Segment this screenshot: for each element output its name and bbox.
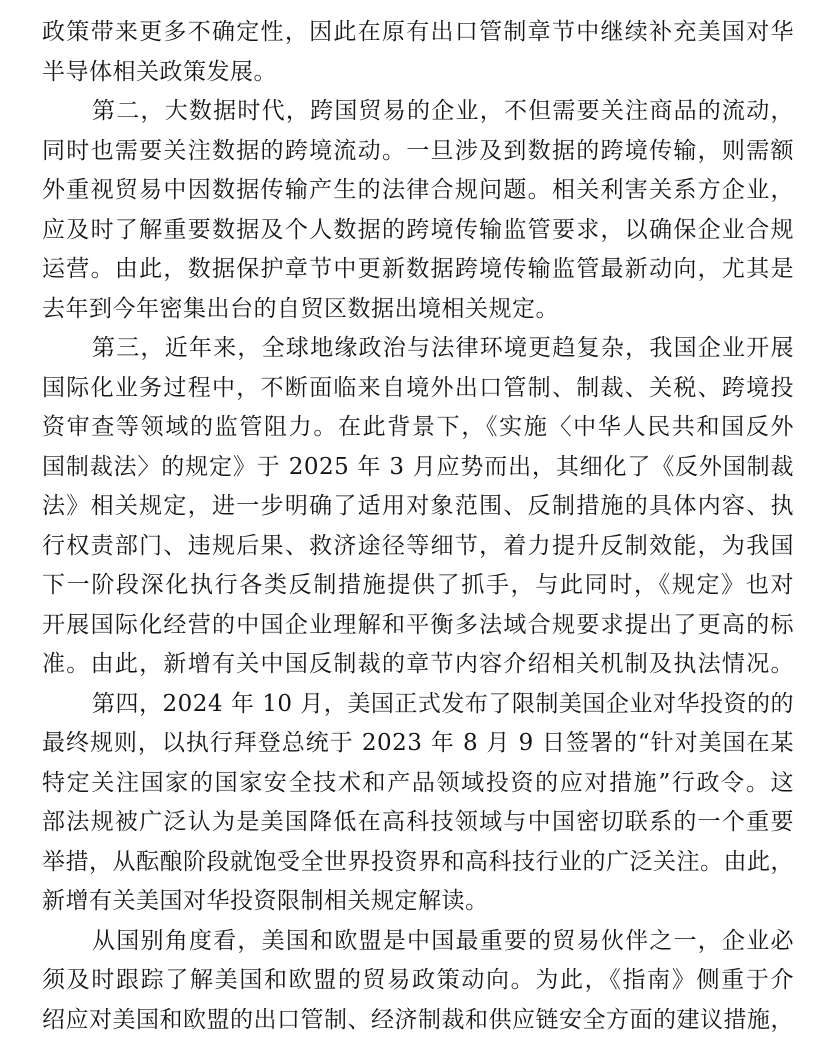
text-line: 第三，近年来，全球地缘政治与法律环境更趋复杂，我国企业开展 — [42, 329, 794, 369]
text-line: 须及时跟踪了解美国和欧盟的贸易政策动向。为此，《指南》侧重于介 — [42, 961, 794, 1001]
text-line: 去年到今年密集出台的自贸区数据出境相关规定。 — [42, 290, 794, 330]
text-line: 举措，从酝酿阶段就饱受全世界投资界和高科技行业的广泛关注。由此， — [42, 843, 794, 883]
text-line: 开展国际化经营的中国企业理解和平衡多法域合规要求提出了更高的标 — [42, 606, 794, 646]
text-line: 法》相关规定，进一步明确了适用对象范围、反制措施的具体内容、执 — [42, 487, 794, 527]
text-line: 同时也需要关注数据的跨境流动。一旦涉及到数据的跨境传输，则需额 — [42, 132, 794, 172]
text-line: 下一阶段深化执行各类反制措施提供了抓手，与此同时，《规定》也对 — [42, 566, 794, 606]
text-line: 新增有关美国对华投资限制相关规定解读。 — [42, 882, 794, 922]
text-line: 运营。由此，数据保护章节中更新数据跨境传输监管最新动向，尤其是 — [42, 250, 794, 290]
text-line: 最终规则，以执行拜登总统于 2023 年 8 月 9 日签署的“针对美国在某些 — [42, 724, 794, 764]
text-line: 外重视贸易中因数据传输产生的法律合规问题。相关利害关系方企业， — [42, 171, 794, 211]
text-line: 半导体相关政策发展。 — [42, 53, 794, 93]
text-line: 第二，大数据时代，跨国贸易的企业，不但需要关注商品的流动， — [42, 92, 794, 132]
text-line: 应及时了解重要数据及个人数据的跨境传输监管要求，以确保企业合规 — [42, 211, 794, 251]
text-line: 绍应对美国和欧盟的出口管制、经济制裁和供应链安全方面的建议措施， — [42, 1001, 794, 1041]
text-line: 从国别角度看，美国和欧盟是中国最重要的贸易伙伴之一，企业必 — [42, 922, 794, 962]
text-line: 特定关注国家的国家安全技术和产品领域投资的应对措施”行政令。这 — [42, 764, 794, 804]
text-line: 部法规被广泛认为是美国降低在高科技领域与中国密切联系的一个重要 — [42, 803, 794, 843]
text-line: 政策带来更多不确定性，因此在原有出口管制章节中继续补充美国对华 — [42, 13, 794, 53]
text-block: 政策带来更多不确定性，因此在原有出口管制章节中继续补充美国对华半导体相关政策发展… — [42, 13, 794, 1040]
document-page: 政策带来更多不确定性，因此在原有出口管制章节中继续补充美国对华半导体相关政策发展… — [0, 0, 832, 1044]
text-line: 第四，2024 年 10 月，美国正式发布了限制美国企业对华投资的的 — [42, 685, 794, 725]
text-line: 国际化业务过程中，不断面临来自境外出口管制、制裁、关税、跨境投 — [42, 369, 794, 409]
text-line: 资审查等领域的监管阻力。在此背景下，《实施〈中华人民共和国反外 — [42, 408, 794, 448]
text-line: 行权责部门、违规后果、救济途径等细节，着力提升反制效能，为我国 — [42, 527, 794, 567]
text-line: 准。由此，新增有关中国反制裁的章节内容介绍相关机制及执法情况。 — [42, 645, 794, 685]
text-line: 国制裁法〉的规定》于 2025 年 3 月应势而出，其细化了《反外国制裁 — [42, 448, 794, 488]
